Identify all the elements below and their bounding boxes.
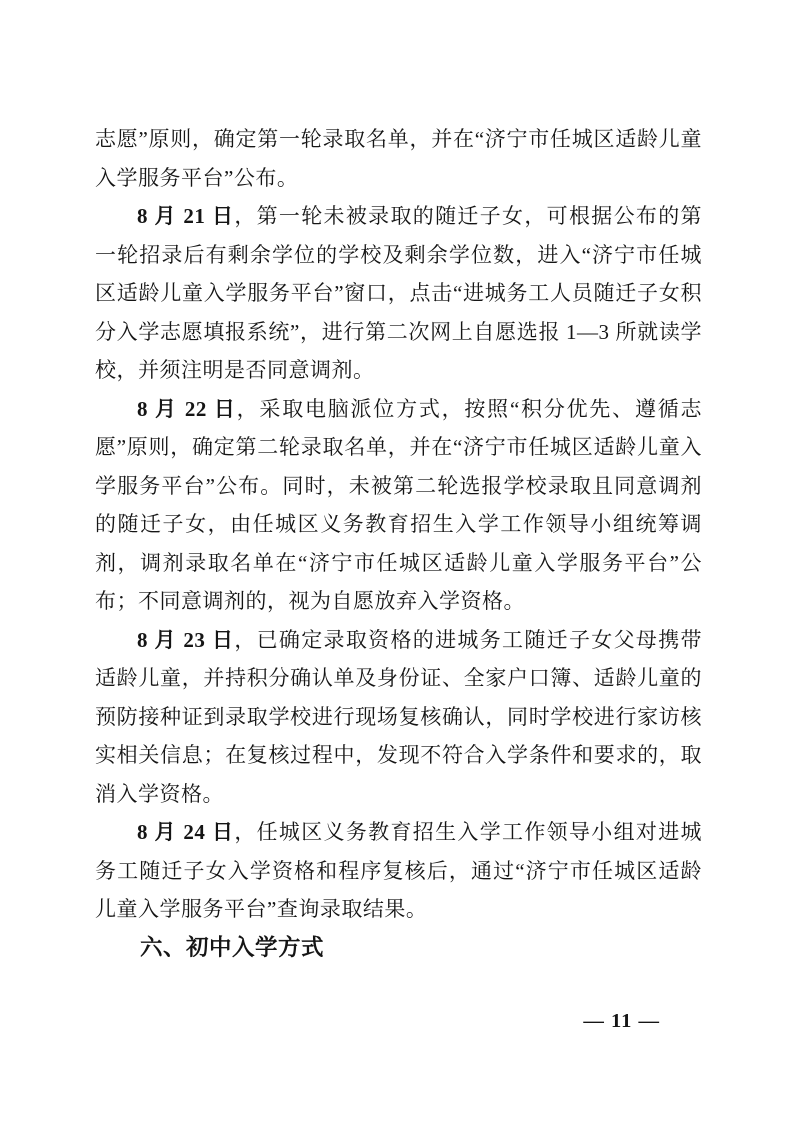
document-page: 志愿”原则，确定第一轮录取名单，并在“济宁市任城区适龄儿童入学服务平台”公布。8…: [0, 0, 794, 1123]
paragraph: 8 月 21 日，第一轮未被录取的随迁子女，可根据公布的第一轮招录后有剩余学位的…: [95, 197, 702, 390]
date-emphasis: 8 月 24 日: [137, 820, 234, 844]
section-heading: 六、初中入学方式: [95, 929, 702, 968]
paragraph: 8 月 23 日，已确定录取资格的进城务工随迁子女父母携带适龄儿童，并持积分确认…: [95, 621, 702, 814]
paragraph: 8 月 24 日，任城区义务教育招生入学工作领导小组对进城务工随迁子女入学资格和…: [95, 813, 702, 929]
date-emphasis: 8 月 23 日: [137, 628, 234, 652]
page-number: — 11 —: [583, 1010, 660, 1033]
paragraph: 志愿”原则，确定第一轮录取名单，并在“济宁市任城区适龄儿童入学服务平台”公布。: [95, 120, 702, 197]
date-emphasis: 8 月 22 日: [137, 397, 237, 421]
date-emphasis: 8 月 21 日: [137, 204, 234, 228]
document-body: 志愿”原则，确定第一轮录取名单，并在“济宁市任城区适龄儿童入学服务平台”公布。8…: [95, 120, 702, 967]
paragraph: 8 月 22 日，采取电脑派位方式，按照“积分优先、遵循志愿”原则，确定第二轮录…: [95, 390, 702, 621]
